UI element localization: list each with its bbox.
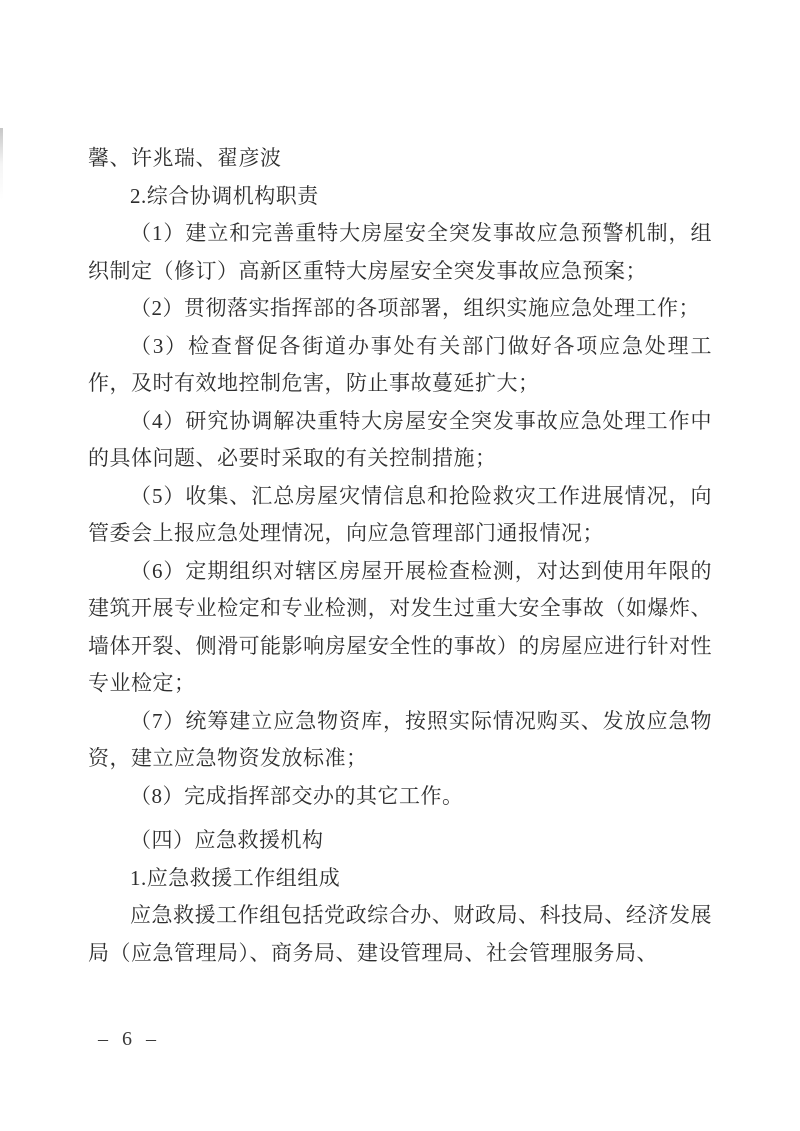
document-body: 馨、许兆瑞、翟彦波2.综合协调机构职责（1）建立和完善重特大房屋安全突发事故应急…	[88, 140, 712, 972]
paragraph-body: （2）贯彻落实指挥部的各项部署，组织实施应急处理工作；	[88, 290, 712, 328]
paragraph-body: （7）统筹建立应急物资库，按照实际情况购买、发放应急物资，建立应急物资发放标准；	[88, 703, 712, 778]
paragraph-body: 应急救援工作组包括党政综合办、财政局、科技局、经济发展局（应急管理局）、商务局、…	[88, 897, 712, 972]
paragraph-numbered-heading: 1.应急救援工作组组成	[88, 860, 712, 898]
paragraph-body: （4）研究协调解决重特大房屋安全突发事故应急处理工作中的具体问题、必要时采取的有…	[88, 403, 712, 478]
paragraph-body: （1）建立和完善重特大房屋安全突发事故应急预警机制，组织制定（修订）高新区重特大…	[88, 215, 712, 290]
paragraph-section-heading: （四）应急救援机构	[88, 822, 712, 860]
paragraph-body: （5）收集、汇总房屋灾情信息和抢险救灾工作进展情况，向管委会上报应急处理情况，向…	[88, 478, 712, 553]
document-page: 馨、许兆瑞、翟彦波2.综合协调机构职责（1）建立和完善重特大房屋安全突发事故应急…	[0, 0, 800, 1131]
paragraph-continuation: 馨、许兆瑞、翟彦波	[88, 140, 712, 178]
paragraph-body: （6）定期组织对辖区房屋开展检查检测，对达到使用年限的建筑开展专业检定和专业检测…	[88, 553, 712, 703]
page-number: – 6 –	[98, 1028, 159, 1051]
paragraph-body: （3）检查督促各街道办事处有关部门做好各项应急处理工作，及时有效地控制危害，防止…	[88, 328, 712, 403]
paragraph-numbered-heading: 2.综合协调机构职责	[88, 178, 712, 216]
paragraph-body: （8）完成指挥部交办的其它工作。	[88, 778, 712, 816]
scan-edge-artifact	[0, 128, 3, 200]
